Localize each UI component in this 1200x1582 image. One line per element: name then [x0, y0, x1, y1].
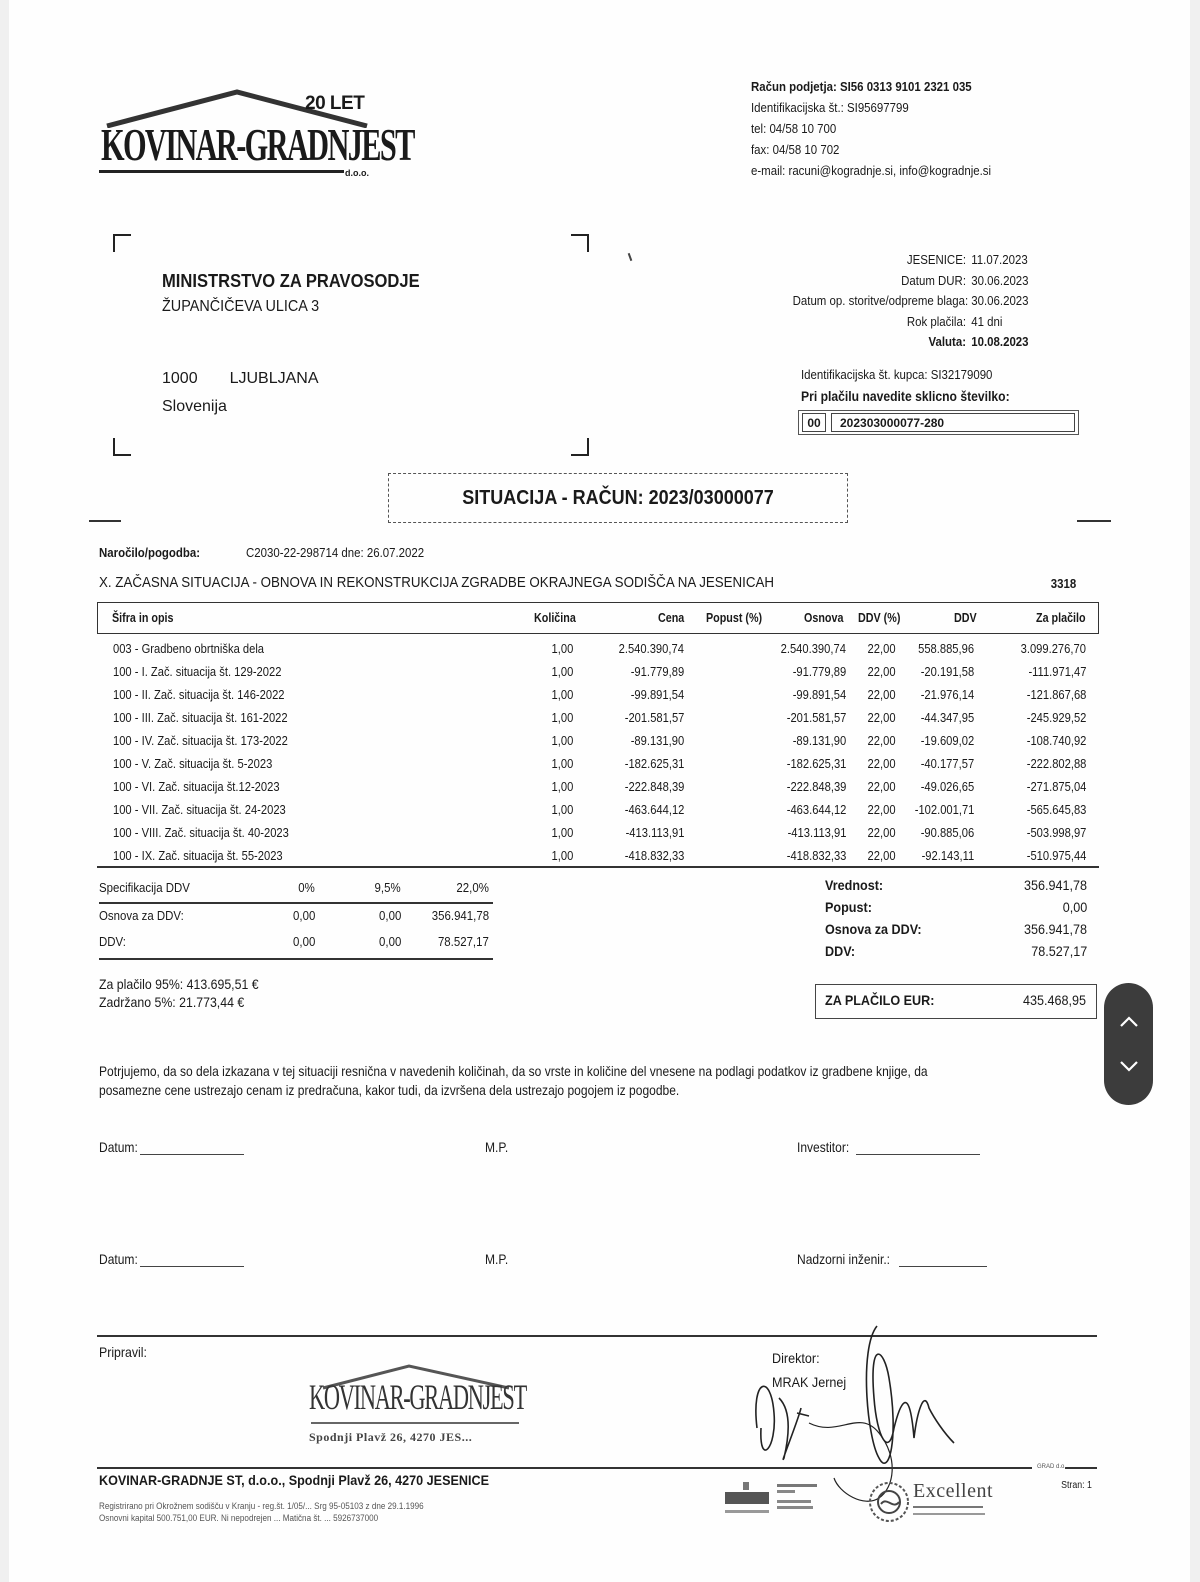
- price-value: 2.540.390,74: [619, 641, 684, 656]
- stamp-label: M.P.: [485, 1251, 508, 1267]
- qty-value: 1,00: [551, 687, 573, 702]
- description-text: 003 - Gradbeno obrtniška dela: [113, 641, 264, 656]
- date-row: Datum DUR:30.06.2023: [769, 271, 1039, 292]
- invoice-dates: JESENICE:11.07.2023Datum DUR:30.06.2023D…: [769, 250, 1039, 353]
- recipient-street: ŽUPANČIČEVA ULICA 3: [162, 294, 414, 320]
- price-value: -89.131,90: [631, 733, 684, 748]
- description-text: 100 - IX. Zač. situacija št. 55-2023: [113, 848, 283, 863]
- footer-registration: Registrirano pri Okrožnem sodišču v Kran…: [99, 1500, 424, 1524]
- certificate-badge-icon: [725, 1478, 835, 1523]
- qty-value: 1,00: [551, 779, 573, 794]
- chevron-down-icon: [1118, 1059, 1140, 1073]
- column-header: Za plačilo: [1036, 611, 1086, 625]
- summary-label: Popust:: [825, 896, 872, 918]
- cert-caption-line: [913, 1513, 985, 1515]
- total-value: -222.802,88: [1026, 756, 1086, 771]
- cell-vat: -49.026,65: [912, 779, 974, 794]
- total-due-label: ZA PLAČILO EUR:: [825, 992, 934, 1008]
- reference-number: 202303000077-280: [831, 413, 1075, 432]
- stamp-label: M.P.: [485, 1139, 508, 1155]
- excellent-text: Excellent: [913, 1480, 993, 1503]
- address-window-corner: [571, 438, 589, 456]
- vat-cell-text: Specifikacija DDV: [99, 880, 190, 895]
- supervisor-field: Nadzorni inženir.:: [797, 1251, 987, 1267]
- cell-price: -413.113,91: [616, 825, 684, 840]
- qty-value: 1,00: [551, 802, 573, 817]
- summary-value: 356.941,78: [1024, 918, 1087, 940]
- cell-qty: 1,00: [548, 733, 573, 748]
- total-value: -245.929,52: [1026, 710, 1086, 725]
- qty-value: 1,00: [551, 664, 573, 679]
- total-due-box: ZA PLAČILO EUR: 435.468,95: [815, 984, 1097, 1019]
- vat-cell: 0%: [296, 880, 315, 895]
- cell-price: 2.540.390,74: [608, 641, 684, 656]
- cell-qty: 1,00: [548, 756, 573, 771]
- order-reference: Naročilo/pogodba: C2030-22-298714 dne: 2…: [99, 545, 214, 560]
- column-header: Cena: [658, 611, 684, 625]
- base-value: -99.891,54: [793, 687, 846, 702]
- cell-price: -89.131,90: [622, 733, 684, 748]
- fold-mark: [1077, 520, 1111, 522]
- price-value: -418.832,33: [624, 848, 684, 863]
- summary-label: DDV:: [825, 940, 855, 962]
- cell-base: -201.581,57: [777, 710, 846, 725]
- logo-name: KOVINAR-GRADNJEST: [101, 118, 414, 171]
- statement-line: posamezne cene ustrezajo cenam iz predra…: [99, 1081, 959, 1100]
- qty-value: 1,00: [551, 641, 573, 656]
- stamp-rule: [311, 1422, 519, 1424]
- vat-pct-value: 22,00: [868, 779, 896, 794]
- qty-value: 1,00: [551, 825, 573, 840]
- total-value: -510.975,44: [1026, 848, 1086, 863]
- summary-row: Osnova za DDV:356.941,78: [825, 918, 1087, 940]
- vat-value: -102.001,71: [914, 802, 974, 817]
- confirmation-statement: Potrjujemo, da so dela izkazana v tej si…: [99, 1062, 1099, 1100]
- price-value: -463.644,12: [624, 802, 684, 817]
- vat-value: -49.026,65: [921, 779, 974, 794]
- vat-pct-value: 22,00: [868, 710, 896, 725]
- logo-underline: [99, 170, 344, 173]
- cell-base: -91.779,89: [784, 664, 846, 679]
- certification-logo-1: [725, 1478, 835, 1523]
- vat-value: -19.609,02: [921, 733, 974, 748]
- summary-value: 0,00: [1062, 896, 1087, 918]
- table-row: 003 - Gradbeno obrtniška dela1,002.540.3…: [97, 638, 1099, 661]
- price-value: -201.581,57: [624, 710, 684, 725]
- base-value: -418.832,33: [786, 848, 846, 863]
- vat-pct-value: 22,00: [868, 664, 896, 679]
- date-value: 11.07.2023: [966, 250, 1028, 271]
- date-field-1: Datum:: [99, 1139, 244, 1155]
- summary-row: DDV:78.527,17: [825, 940, 1087, 962]
- vat-value: -40.177,57: [921, 756, 974, 771]
- table-row: 100 - III. Zač. situacija št. 161-20221,…: [97, 707, 1099, 730]
- cell-description: 100 - II. Zač. situacija št. 146-2022: [113, 687, 312, 702]
- scroll-up-button[interactable]: [1104, 997, 1153, 1047]
- vat-cell: Specifikacija DDV: [99, 880, 202, 895]
- recipient-postal-code: 1000: [162, 370, 198, 387]
- vat-cell-text: 0,00: [379, 908, 401, 923]
- investor-line: [856, 1154, 980, 1155]
- cell-price: -201.581,57: [615, 710, 684, 725]
- summary-row: Vrednost:356.941,78: [825, 874, 1087, 896]
- description-text: 100 - VI. Zač. situacija št.12-2023: [113, 779, 280, 794]
- description-text: 100 - I. Zač. situacija št. 129-2022: [113, 664, 281, 679]
- invoice-page: 20 LET KOVINAR-GRADNJEST d.o.o. Račun po…: [9, 0, 1190, 1582]
- vat-value: -20.191,58: [921, 664, 974, 679]
- page-navigation-control: [1104, 983, 1153, 1105]
- cell-vat-pct: 22,00: [863, 710, 896, 725]
- vat-cell: 356.941,78: [424, 908, 489, 923]
- footer-separator: [97, 1467, 1032, 1469]
- document-title: SITUACIJA - RAČUN: 2023/03000077: [388, 473, 848, 523]
- order-value: C2030-22-298714 dne: 26.07.2022: [246, 545, 424, 560]
- supervisor-label: Nadzorni inženir.:: [797, 1251, 890, 1267]
- recipient-city: 1000LJUBLJANA: [162, 366, 319, 392]
- cell-vat: -19.609,02: [912, 733, 974, 748]
- column-header: DDV: [954, 611, 977, 625]
- date-line: [140, 1154, 244, 1155]
- order-label: Naročilo/pogodba:: [99, 545, 200, 560]
- column-header: Osnova: [804, 611, 843, 625]
- column-header: Količina: [534, 611, 576, 625]
- base-value: -89.131,90: [793, 733, 846, 748]
- vat-pct-value: 22,00: [868, 733, 896, 748]
- scan-mark: [628, 253, 633, 261]
- vat-spec-row: Osnova za DDV:0,000,00356.941,78: [99, 904, 493, 930]
- recipient-name: MINISTRSTVO ZA PRAVOSODJE: [162, 268, 420, 294]
- table-bottom-rule: [97, 866, 1099, 868]
- vat-spec-header: Specifikacija DDV0%9,5%22,0%: [99, 876, 493, 902]
- cell-total: -271.875,04: [1017, 779, 1086, 794]
- stamp-address: Spodnji Plavž 26, 4270 JES...: [309, 1430, 472, 1445]
- company-info: Račun podjetja: SI56 0313 9101 2321 035 …: [751, 76, 1024, 181]
- date-value: 30.06.2023: [966, 271, 1029, 292]
- page-number: Stran: 1: [1061, 1480, 1092, 1491]
- payment-reference-box: 00 202303000077-280: [798, 410, 1079, 435]
- fold-mark: [89, 520, 121, 522]
- cell-base: -222.848,39: [777, 779, 846, 794]
- vat-cell: 9,5%: [371, 880, 401, 895]
- logo-anniversary: 20 LET: [305, 93, 364, 115]
- date-label: JESENICE:: [793, 250, 966, 271]
- cell-total: -510.975,44: [1017, 848, 1086, 863]
- cell-description: 003 - Gradbeno obrtniška dela: [113, 641, 289, 656]
- cell-price: -418.832,33: [615, 848, 684, 863]
- cell-vat-pct: 22,00: [863, 756, 896, 771]
- investor-label: Investitor:: [797, 1139, 849, 1155]
- cell-price: -463.644,12: [615, 802, 684, 817]
- base-value: -222.848,39: [786, 779, 846, 794]
- cell-base: -418.832,33: [777, 848, 846, 863]
- cell-price: -222.848,39: [615, 779, 684, 794]
- footer-company: KOVINAR-GRADNJE ST, d.o.o., Spodnji Plav…: [99, 1472, 489, 1488]
- total-value: -111.971,47: [1028, 664, 1086, 679]
- date-row: JESENICE:11.07.2023: [769, 250, 1039, 271]
- table-row: 100 - VII. Zač. situacija št. 24-20231,0…: [97, 799, 1099, 822]
- table-row: 100 - II. Zač. situacija št. 146-20221,0…: [97, 684, 1099, 707]
- vat-cell-text: DDV:: [99, 934, 126, 949]
- cell-description: 100 - I. Zač. situacija št. 129-2022: [113, 664, 309, 679]
- total-value: -565.645,83: [1026, 802, 1086, 817]
- date-value: 10.08.2023: [966, 332, 1029, 353]
- vat-spec-row: DDV:0,000,0078.527,17: [99, 930, 493, 956]
- table-row: 100 - IV. Zač. situacija št. 173-20221,0…: [97, 730, 1099, 753]
- cell-vat-pct: 22,00: [863, 641, 896, 656]
- recipient-country: Slovenija: [162, 394, 227, 420]
- recipient-city-name: LJUBLJANA: [230, 370, 319, 387]
- vat-cell: 0,00: [376, 934, 401, 949]
- cell-vat-pct: 22,00: [863, 687, 896, 702]
- qty-value: 1,00: [551, 710, 573, 725]
- description-text: 100 - III. Zač. situacija št. 161-2022: [113, 710, 288, 725]
- description-text: 100 - VII. Zač. situacija št. 24-2023: [113, 802, 286, 817]
- cell-vat: -44.347,95: [912, 710, 974, 725]
- cell-base: -99.891,54: [784, 687, 846, 702]
- vat-pct-value: 22,00: [868, 848, 896, 863]
- summary-row: Popust:0,00: [825, 896, 1087, 918]
- base-value: -463.644,12: [786, 802, 846, 817]
- cell-description: 100 - VI. Zač. situacija št.12-2023: [113, 779, 307, 794]
- cell-qty: 1,00: [548, 641, 573, 656]
- cell-base: -182.625,31: [777, 756, 846, 771]
- base-value: -201.581,57: [786, 710, 846, 725]
- table-row: 100 - VIII. Zač. situacija št. 40-20231,…: [97, 822, 1099, 845]
- cell-base: -413.113,91: [778, 825, 846, 840]
- company-id-number: Identifikacijska št.: SI95697799: [751, 97, 991, 118]
- date-label: Datum op. storitve/odpreme blaga:: [793, 291, 966, 312]
- date-label: Valuta:: [793, 332, 966, 353]
- vat-specification: Specifikacija DDV0%9,5%22,0%Osnova za DD…: [99, 876, 493, 960]
- price-value: -182.625,31: [624, 756, 684, 771]
- vat-spec-rule: [99, 958, 493, 960]
- vat-cell: 0,00: [290, 908, 315, 923]
- cell-total: -565.645,83: [1017, 802, 1086, 817]
- vat-cell-text: 9,5%: [375, 880, 401, 895]
- date-row: Datum op. storitve/odpreme blaga:30.06.2…: [769, 291, 1039, 312]
- date-row: Valuta:10.08.2023: [769, 332, 1039, 353]
- cell-description: 100 - VII. Zač. situacija št. 24-2023: [113, 802, 314, 817]
- vat-cell-text: 356.941,78: [432, 908, 489, 923]
- column-header: Šifra in opis: [112, 611, 174, 625]
- address-window-corner: [113, 438, 131, 456]
- summary-label: Vrednost:: [825, 874, 883, 896]
- price-value: -222.848,39: [624, 779, 684, 794]
- registration-line: Registrirano pri Okrožnem sodišču v Kran…: [99, 1500, 424, 1512]
- table-row: 100 - V. Zač. situacija št. 5-20231,00-1…: [97, 753, 1099, 776]
- cell-price: -182.625,31: [615, 756, 684, 771]
- cell-vat-pct: 22,00: [863, 664, 896, 679]
- cell-base: -463.644,12: [777, 802, 846, 817]
- table-row: 100 - IX. Zač. situacija št. 55-20231,00…: [97, 845, 1099, 868]
- certification-logo-excellent: Excellent: [867, 1480, 997, 1525]
- cell-price: -91.779,89: [622, 664, 684, 679]
- statement-line: Potrjujemo, da so dela izkazana v tej si…: [99, 1062, 959, 1081]
- buyer-id: Identifikacijska št. kupca: SI32179090: [801, 367, 992, 382]
- description-text: 100 - V. Zač. situacija št. 5-2023: [113, 756, 272, 771]
- payment-reference-label: Pri plačilu navedite sklicno številko:: [801, 389, 1010, 404]
- company-logo: 20 LET KOVINAR-GRADNJEST d.o.o.: [97, 88, 387, 183]
- total-value: -108.740,92: [1026, 733, 1086, 748]
- vat-cell-text: 0%: [298, 880, 315, 895]
- stamp-place-1: M.P.: [485, 1139, 512, 1155]
- column-header: DDV (%): [858, 611, 900, 625]
- vat-cell-text: 0,00: [293, 934, 315, 949]
- date-label: Datum DUR:: [793, 271, 966, 292]
- grad-label: GRAD d.o.: [1037, 1464, 1066, 1470]
- cell-base: 2.540.390,74: [770, 641, 846, 656]
- price-value: -413.113,91: [625, 825, 684, 840]
- vat-cell-text: 78.527,17: [438, 934, 489, 949]
- cell-qty: 1,00: [548, 802, 573, 817]
- total-value: -503.998,97: [1026, 825, 1086, 840]
- vat-pct-value: 22,00: [868, 802, 896, 817]
- date-field-2: Datum:: [99, 1251, 244, 1267]
- retention-info: Za plačilo 95%: 413.695,51 € Zadržano 5%…: [99, 975, 280, 1011]
- recipient-address: MINISTRSTVO ZA PRAVOSODJE ŽUPANČIČEVA UL…: [162, 268, 442, 320]
- excellent-seal-icon: [867, 1480, 911, 1524]
- investor-field: Investitor:: [797, 1139, 980, 1155]
- summary-value: 356.941,78: [1024, 874, 1087, 896]
- retained-5-line: Zadržano 5%: 21.773,44 €: [99, 993, 259, 1011]
- cert-caption-line: [913, 1506, 983, 1508]
- vat-pct-value: 22,00: [868, 756, 896, 771]
- vat-cell: Osnova za DDV:: [99, 908, 195, 923]
- items-table-header: Šifra in opisKoličinaCenaPopust (%)Osnov…: [97, 602, 1099, 634]
- project-code: 3318: [1051, 576, 1076, 591]
- vat-cell-text: Osnova za DDV:: [99, 908, 184, 923]
- vat-value: -90.885,06: [921, 825, 974, 840]
- cell-description: 100 - V. Zač. situacija št. 5-2023: [113, 756, 298, 771]
- reference-model: 00: [802, 413, 826, 432]
- qty-value: 1,00: [551, 756, 573, 771]
- vat-cell-text: 0,00: [379, 934, 401, 949]
- invoice-summary: Vrednost:356.941,78Popust:0,00Osnova za …: [825, 874, 1087, 962]
- cell-total: 3.099.276,70: [1010, 641, 1086, 656]
- vat-value: 558.885,96: [918, 641, 974, 656]
- vat-value: -21.976,14: [921, 687, 974, 702]
- cell-price: -99.891,54: [622, 687, 684, 702]
- vat-cell: DDV:: [99, 934, 130, 949]
- items-table-body: 003 - Gradbeno obrtniška dela1,002.540.3…: [97, 638, 1099, 868]
- qty-value: 1,00: [551, 733, 573, 748]
- cell-description: 100 - IV. Zač. situacija št. 173-2022: [113, 733, 316, 748]
- summary-label: Osnova za DDV:: [825, 918, 922, 940]
- bank-account: Račun podjetja: SI56 0313 9101 2321 035: [751, 76, 991, 97]
- date-label: Datum:: [99, 1139, 138, 1155]
- cell-vat-pct: 22,00: [863, 848, 896, 863]
- cell-description: 100 - VIII. Zač. situacija št. 40-2023: [113, 825, 318, 840]
- cell-vat: -102.001,71: [905, 802, 974, 817]
- cell-total: -503.998,97: [1017, 825, 1086, 840]
- cell-vat-pct: 22,00: [863, 825, 896, 840]
- base-value: -182.625,31: [786, 756, 846, 771]
- vat-pct-value: 22,00: [868, 687, 896, 702]
- vat-cell: 0,00: [290, 934, 315, 949]
- address-window-corner: [113, 234, 131, 252]
- pay-95-line: Za plačilo 95%: 413.695,51 €: [99, 975, 259, 993]
- cell-qty: 1,00: [548, 710, 573, 725]
- date-value: 41 dni: [966, 312, 1002, 333]
- cell-vat: -90.885,06: [912, 825, 974, 840]
- footer-separator: [1065, 1467, 1097, 1469]
- cell-qty: 1,00: [548, 664, 573, 679]
- cell-vat: 558.885,96: [909, 641, 974, 656]
- chevron-up-icon: [1118, 1015, 1140, 1029]
- registration-line: Osnovni kapital 500.751,00 EUR. Ni nepod…: [99, 1512, 424, 1524]
- cell-description: 100 - III. Zač. situacija št. 161-2022: [113, 710, 316, 725]
- date-line: [140, 1266, 244, 1267]
- cell-total: -245.929,52: [1017, 710, 1086, 725]
- prepared-by-label: Pripravil:: [99, 1344, 147, 1360]
- cell-vat-pct: 22,00: [863, 733, 896, 748]
- cell-qty: 1,00: [548, 687, 573, 702]
- vat-value: -44.347,95: [921, 710, 974, 725]
- document-title-text: SITUACIJA - RAČUN: 2023/03000077: [462, 474, 773, 522]
- stamp-company-name: KOVINAR-GRADNJEST: [309, 1376, 526, 1418]
- cell-total: -121.867,68: [1017, 687, 1086, 702]
- vat-pct-value: 22,00: [868, 641, 896, 656]
- qty-value: 1,00: [551, 848, 573, 863]
- total-due-value: 435.468,95: [1023, 992, 1086, 1008]
- scroll-down-button[interactable]: [1104, 1041, 1153, 1091]
- cell-description: 100 - IX. Zač. situacija št. 55-2023: [113, 848, 310, 863]
- cell-total: -111.971,47: [1019, 664, 1086, 679]
- total-value: 3.099.276,70: [1021, 641, 1086, 656]
- vat-cell-text: 0,00: [293, 908, 315, 923]
- company-fax: fax: 04/58 10 702: [751, 139, 991, 160]
- vat-value: -92.143,11: [921, 848, 974, 863]
- price-value: -91.779,89: [631, 664, 684, 679]
- base-value: -413.113,91: [787, 825, 846, 840]
- project-title: X. ZAČASNA SITUACIJA - OBNOVA IN REKONST…: [99, 575, 774, 591]
- total-value: -121.867,68: [1026, 687, 1086, 702]
- cell-vat-pct: 22,00: [863, 802, 896, 817]
- table-row: 100 - VI. Zač. situacija št.12-20231,00-…: [97, 776, 1099, 799]
- price-value: -99.891,54: [631, 687, 684, 702]
- vat-cell-text: 22,0%: [457, 880, 489, 895]
- cell-vat: -92.143,11: [913, 848, 974, 863]
- stamp-place-2: M.P.: [485, 1251, 512, 1267]
- description-text: 100 - VIII. Zač. situacija št. 40-2023: [113, 825, 289, 840]
- vat-cell: 0,00: [376, 908, 401, 923]
- cell-vat: -21.976,14: [912, 687, 974, 702]
- date-label: Rok plačila:: [793, 312, 966, 333]
- base-value: 2.540.390,74: [781, 641, 846, 656]
- address-window-corner: [571, 234, 589, 252]
- date-label: Datum:: [99, 1251, 138, 1267]
- cell-base: -89.131,90: [784, 733, 846, 748]
- cell-vat: -40.177,57: [912, 756, 974, 771]
- date-row: Rok plačila:41 dni: [769, 312, 1039, 333]
- vat-cell: 22,0%: [452, 880, 489, 895]
- base-value: -91.779,89: [793, 664, 846, 679]
- cell-vat-pct: 22,00: [863, 779, 896, 794]
- cell-qty: 1,00: [548, 779, 573, 794]
- logo-legal-form: d.o.o.: [345, 168, 369, 178]
- supervisor-line: [899, 1266, 987, 1267]
- cell-qty: 1,00: [548, 825, 573, 840]
- company-email: e-mail: racuni@kogradnje.si, info@kograd…: [751, 160, 991, 181]
- cell-total: -108.740,92: [1017, 733, 1086, 748]
- total-value: -271.875,04: [1026, 779, 1086, 794]
- company-stamp: KOVINAR-GRADNJEST Spodnji Plavž 26, 4270…: [309, 1362, 539, 1447]
- cell-qty: 1,00: [548, 848, 573, 863]
- vat-cell: 78.527,17: [431, 934, 489, 949]
- company-tel: tel: 04/58 10 700: [751, 118, 991, 139]
- column-header: Popust (%): [706, 611, 762, 625]
- vat-pct-value: 22,00: [868, 825, 896, 840]
